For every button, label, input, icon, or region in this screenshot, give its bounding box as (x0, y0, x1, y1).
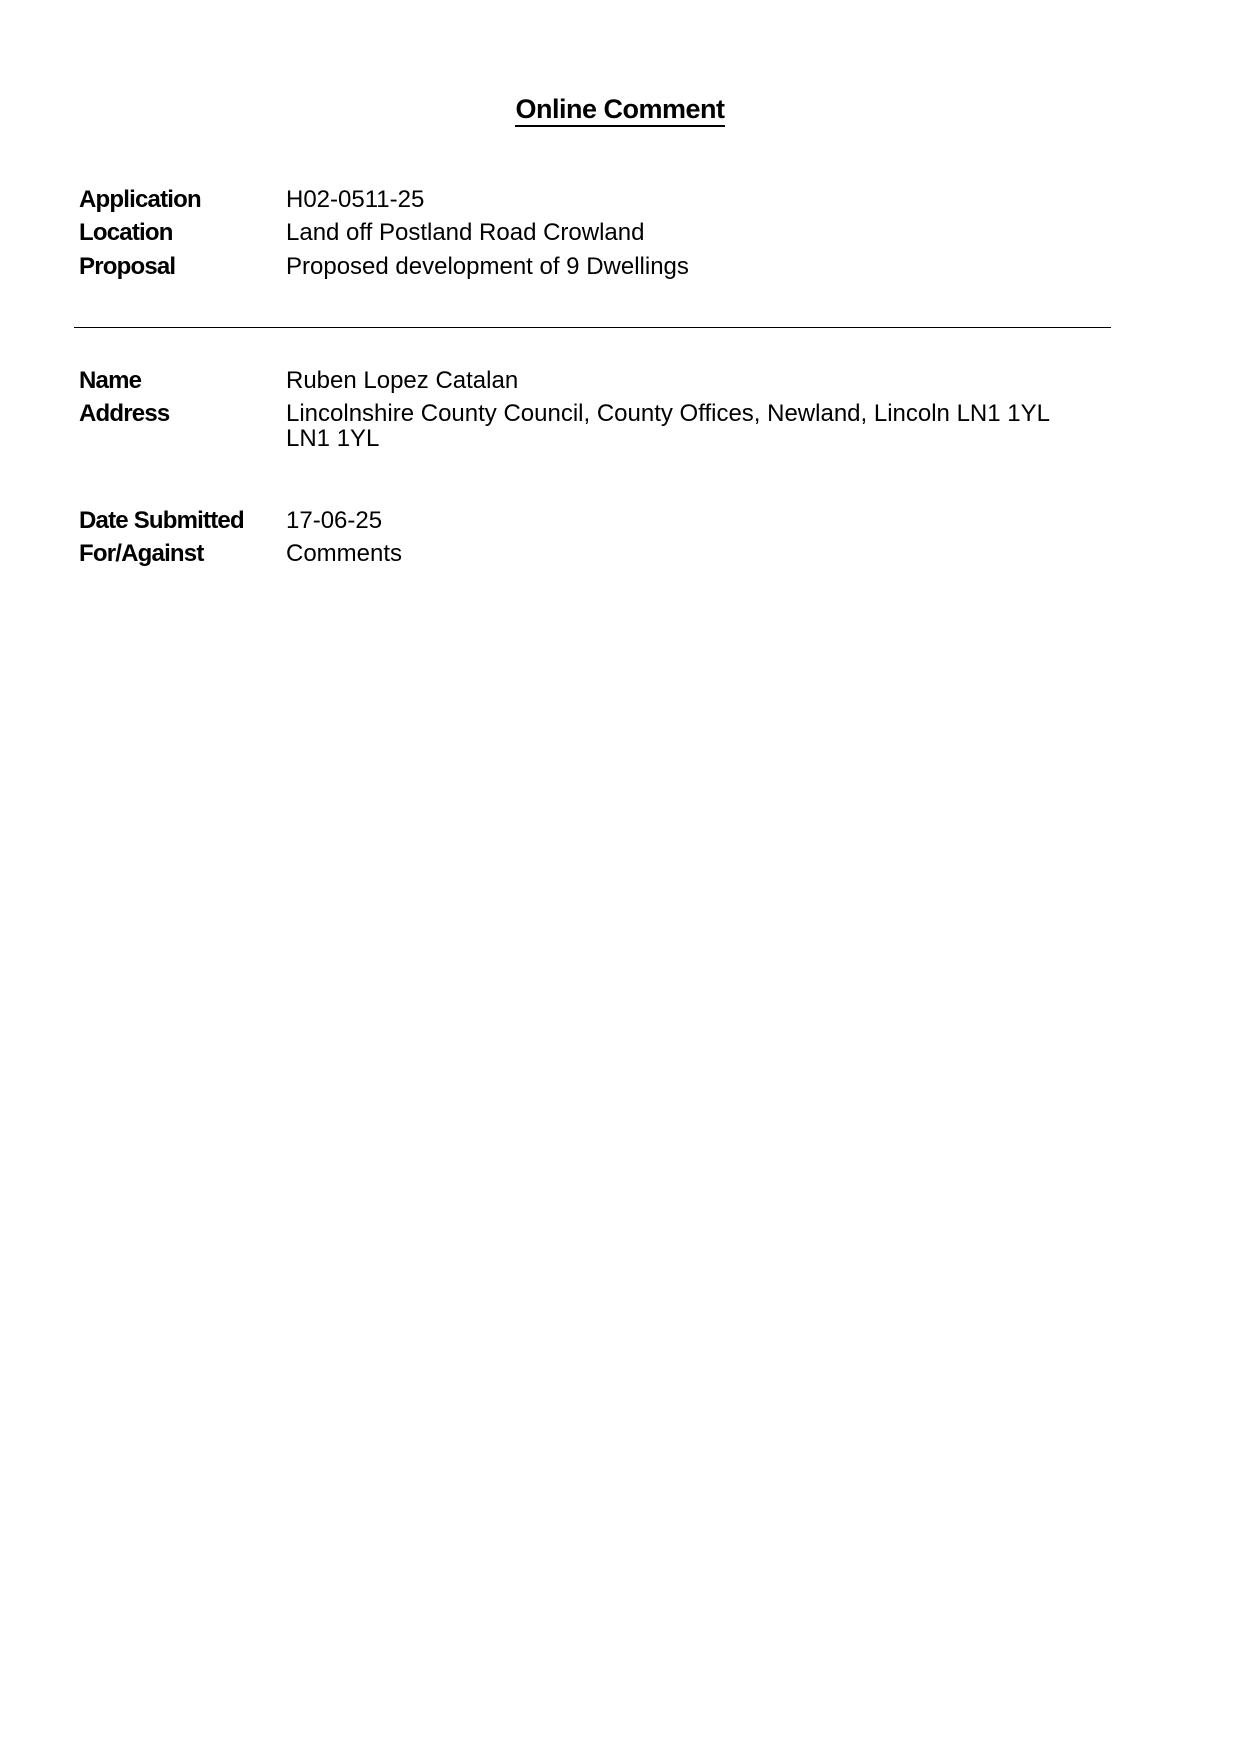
application-value: H02-0511-25 (286, 187, 1186, 212)
address-line-1: Lincolnshire County Council, County Offi… (286, 400, 1050, 427)
application-label: Application (79, 187, 279, 212)
name-label: Name (79, 368, 279, 393)
date-submitted-value: 17-06-25 (286, 508, 1186, 533)
title-text: Online Comment (515, 94, 724, 127)
section-divider (74, 327, 1111, 328)
location-label: Location (79, 220, 279, 245)
location-value: Land off Postland Road Crowland (286, 220, 1186, 245)
name-value: Ruben Lopez Catalan (286, 368, 1186, 393)
address-value: Lincolnshire County Council, County Offi… (286, 401, 1186, 451)
date-submitted-label: Date Submitted (79, 508, 279, 533)
address-label: Address (79, 401, 279, 426)
proposal-label: Proposal (79, 254, 279, 279)
page-title: Online Comment (0, 94, 1240, 125)
proposal-value: Proposed development of 9 Dwellings (286, 254, 1186, 279)
address-line-2: LN1 1YL (286, 425, 379, 452)
for-against-value: Comments (286, 541, 1186, 566)
for-against-label: For/Against (79, 541, 279, 566)
